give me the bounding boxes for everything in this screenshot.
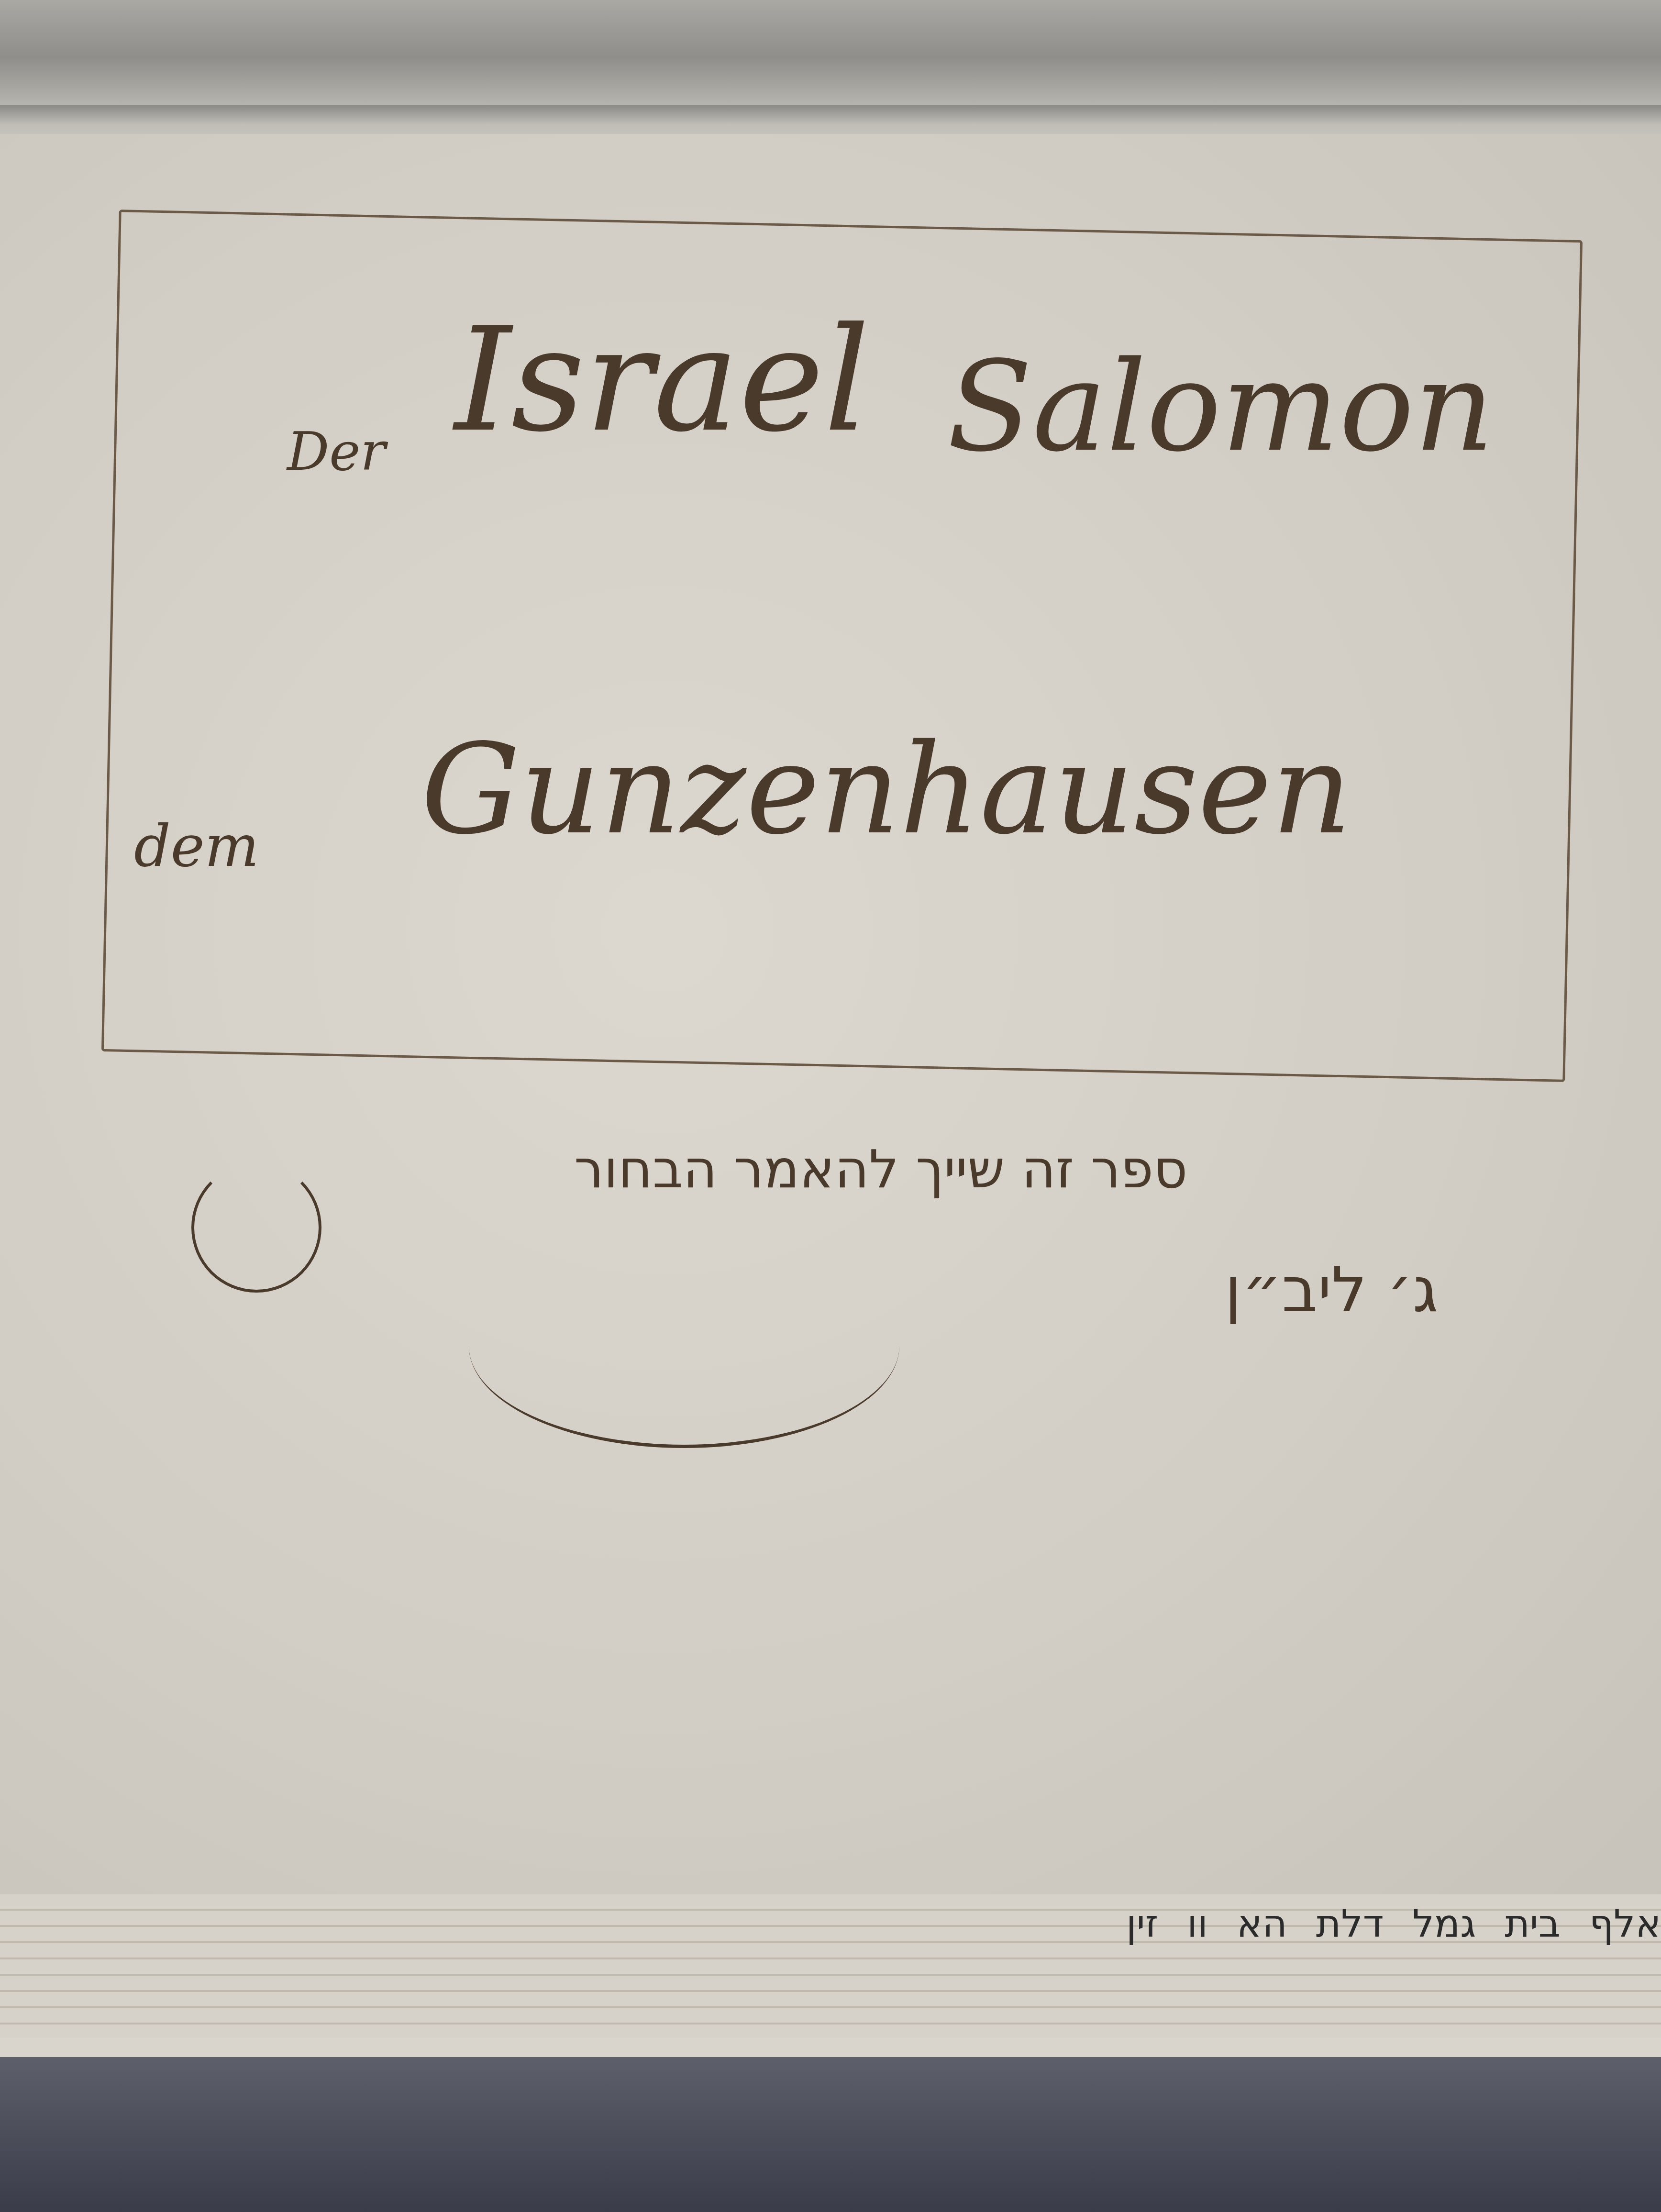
- inscription-word-israel: Israel: [454, 297, 870, 464]
- page-edge-print: אלף בית גמל דלת הא וו זין: [0, 1902, 1661, 1946]
- spiral-flourish-icon: [191, 1162, 321, 1293]
- pen-flourish-icon: [469, 1244, 899, 1448]
- background-cloth: [0, 2057, 1661, 2212]
- edge-text-item: אלף: [1589, 1902, 1661, 1946]
- edge-text-item: הא: [1237, 1902, 1287, 1946]
- inscription-prefix-1: Der: [287, 421, 386, 482]
- book-cover-edge: [0, 0, 1661, 144]
- inscription-word-salomon: Salomon: [947, 335, 1494, 479]
- inscription-prefix-2: dem: [134, 813, 259, 880]
- inscription-word-place: Gunzenhausen: [421, 718, 1352, 862]
- edge-text-item: גמל: [1412, 1902, 1476, 1946]
- hebrew-inscription-line: ספר זה שייך להאמר הבחור: [574, 1139, 1187, 1200]
- edge-text-item: בית: [1505, 1902, 1561, 1946]
- edge-text-item: דלת: [1316, 1902, 1384, 1946]
- edge-text-item: זין: [1126, 1902, 1158, 1946]
- edge-text-item: וו: [1187, 1902, 1208, 1946]
- hebrew-signature: ג׳ ליב״ן: [1225, 1253, 1438, 1326]
